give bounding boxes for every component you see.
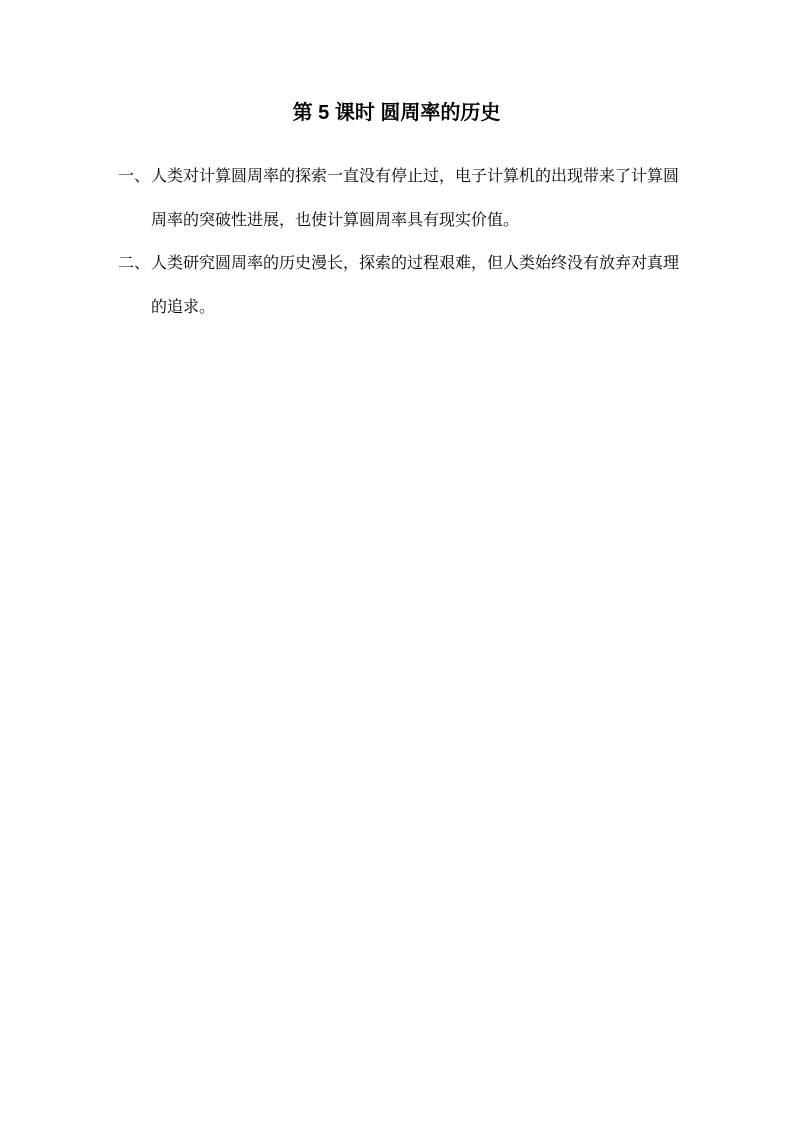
list-item-marker: 一、 bbox=[118, 155, 151, 199]
list-item: 一、人类对计算圆周率的探索一直没有停止过，电子计算机的出现带来了计算圆周率的突破… bbox=[118, 155, 680, 242]
list-item-marker: 二、 bbox=[118, 242, 151, 286]
list-item-text: 人类对计算圆周率的探索一直没有停止过，电子计算机的出现带来了计算圆周率的突破性进… bbox=[151, 168, 679, 229]
document-body: 一、人类对计算圆周率的探索一直没有停止过，电子计算机的出现带来了计算圆周率的突破… bbox=[118, 155, 680, 329]
list-item-text: 人类研究圆周率的历史漫长，探索的过程艰难，但人类始终没有放弃对真理的追求。 bbox=[151, 255, 679, 316]
list-item: 二、人类研究圆周率的历史漫长，探索的过程艰难，但人类始终没有放弃对真理的追求。 bbox=[118, 242, 680, 329]
page-title: 第 5 课时 圆周率的历史 bbox=[0, 98, 793, 128]
document-page: 第 5 课时 圆周率的历史 一、人类对计算圆周率的探索一直没有停止过，电子计算机… bbox=[0, 0, 793, 1122]
